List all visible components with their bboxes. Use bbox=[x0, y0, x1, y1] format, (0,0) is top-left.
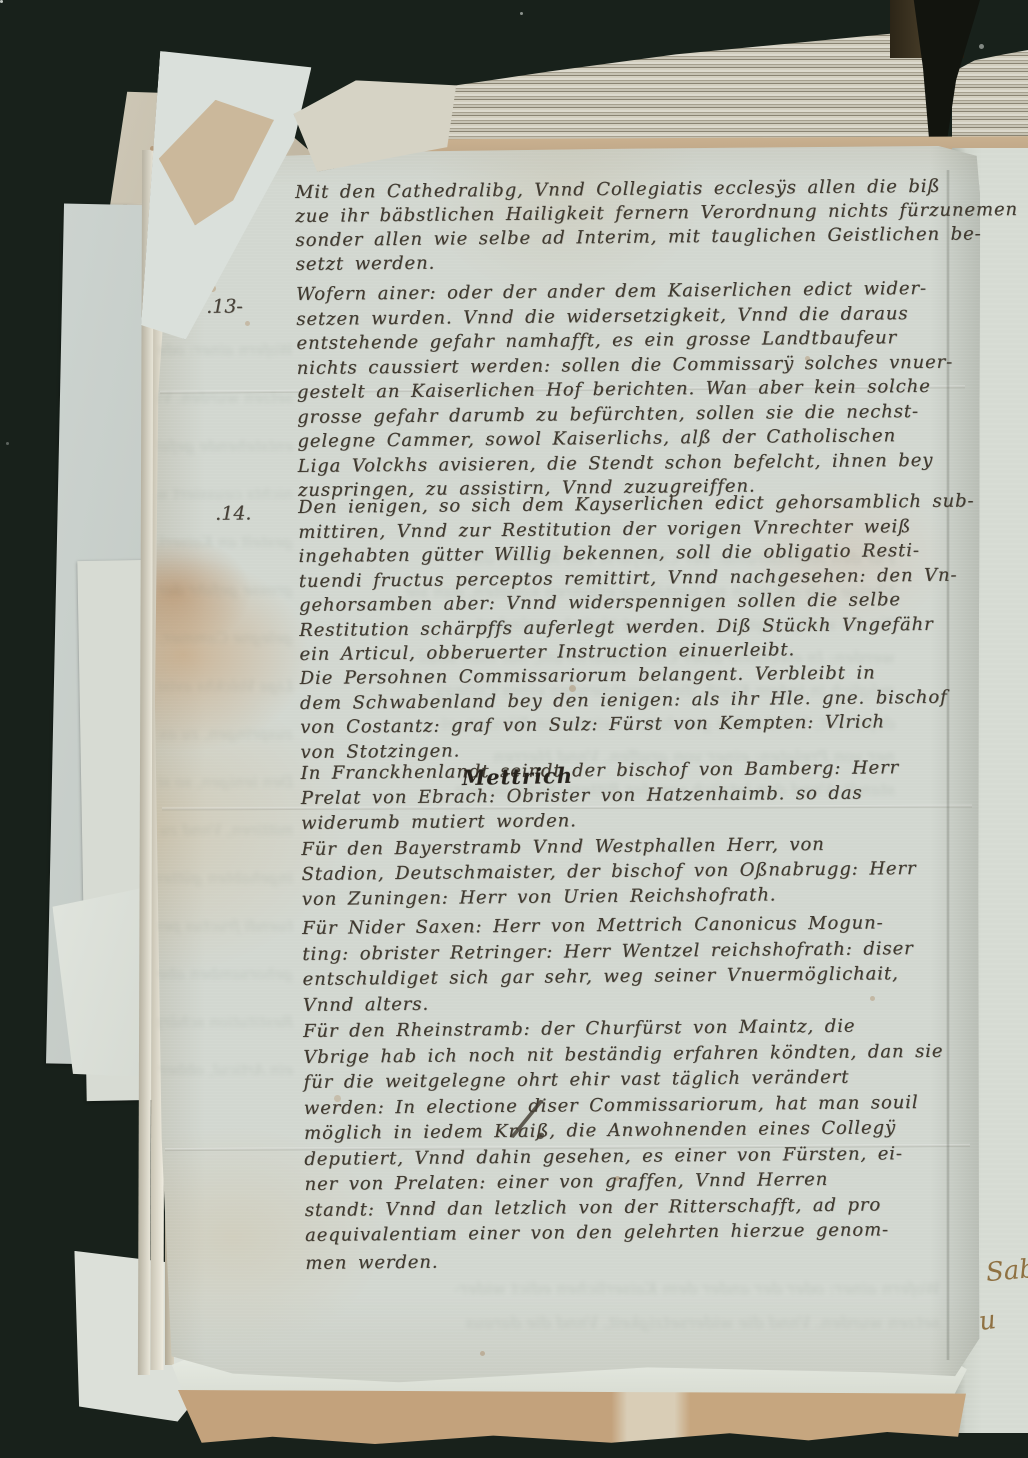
manuscript-paragraph: Für den Bayerstramb Vnnd Westphallen Her… bbox=[301, 830, 980, 912]
under-sheet-torn-tan bbox=[178, 1390, 966, 1450]
manuscript-line: aequivalentiam einer von den gelehrten h… bbox=[305, 1216, 983, 1248]
manuscript-paragraph: In Franckhenlandt seindt der bischof von… bbox=[301, 754, 980, 836]
manuscript-paragraph: Für Nider Saxen: Herr von Mettrich Canon… bbox=[302, 909, 981, 1018]
overwritten-word: Mettrich bbox=[462, 763, 574, 790]
margin-number: .14. bbox=[215, 502, 251, 524]
dust-specks bbox=[0, 0, 3, 3]
margin-number: .13- bbox=[206, 295, 243, 317]
manuscript-line: men werden. bbox=[305, 1244, 983, 1276]
manuscript-line: setzt werden. bbox=[296, 246, 974, 277]
manuscript-paragraph: Für den Rheinstramb: der Churfürst von M… bbox=[303, 1012, 983, 1248]
manuscript-paragraph: Mit den Cathedralibg, Vnnd Collegiatis e… bbox=[295, 174, 974, 277]
manuscript-paragraph: Den ienigen, so sich dem Kayserlichen ed… bbox=[298, 489, 978, 667]
facing-page-ink-fragment: Sab bbox=[985, 1254, 1028, 1288]
manuscript-line: von Zuningen: Herr von Urien Reichshofra… bbox=[302, 880, 980, 912]
manuscript-paragraph: Wofern ainer: oder der ander dem Kaiserl… bbox=[296, 276, 976, 503]
manuscript-paragraph: Die Persohnen Commissariorum belangent. … bbox=[300, 660, 979, 765]
manuscript-photo: Wofern ainer: oder der ander dem Kaiserl… bbox=[0, 0, 1028, 1458]
manuscript-paragraph: men werden. bbox=[305, 1244, 983, 1276]
